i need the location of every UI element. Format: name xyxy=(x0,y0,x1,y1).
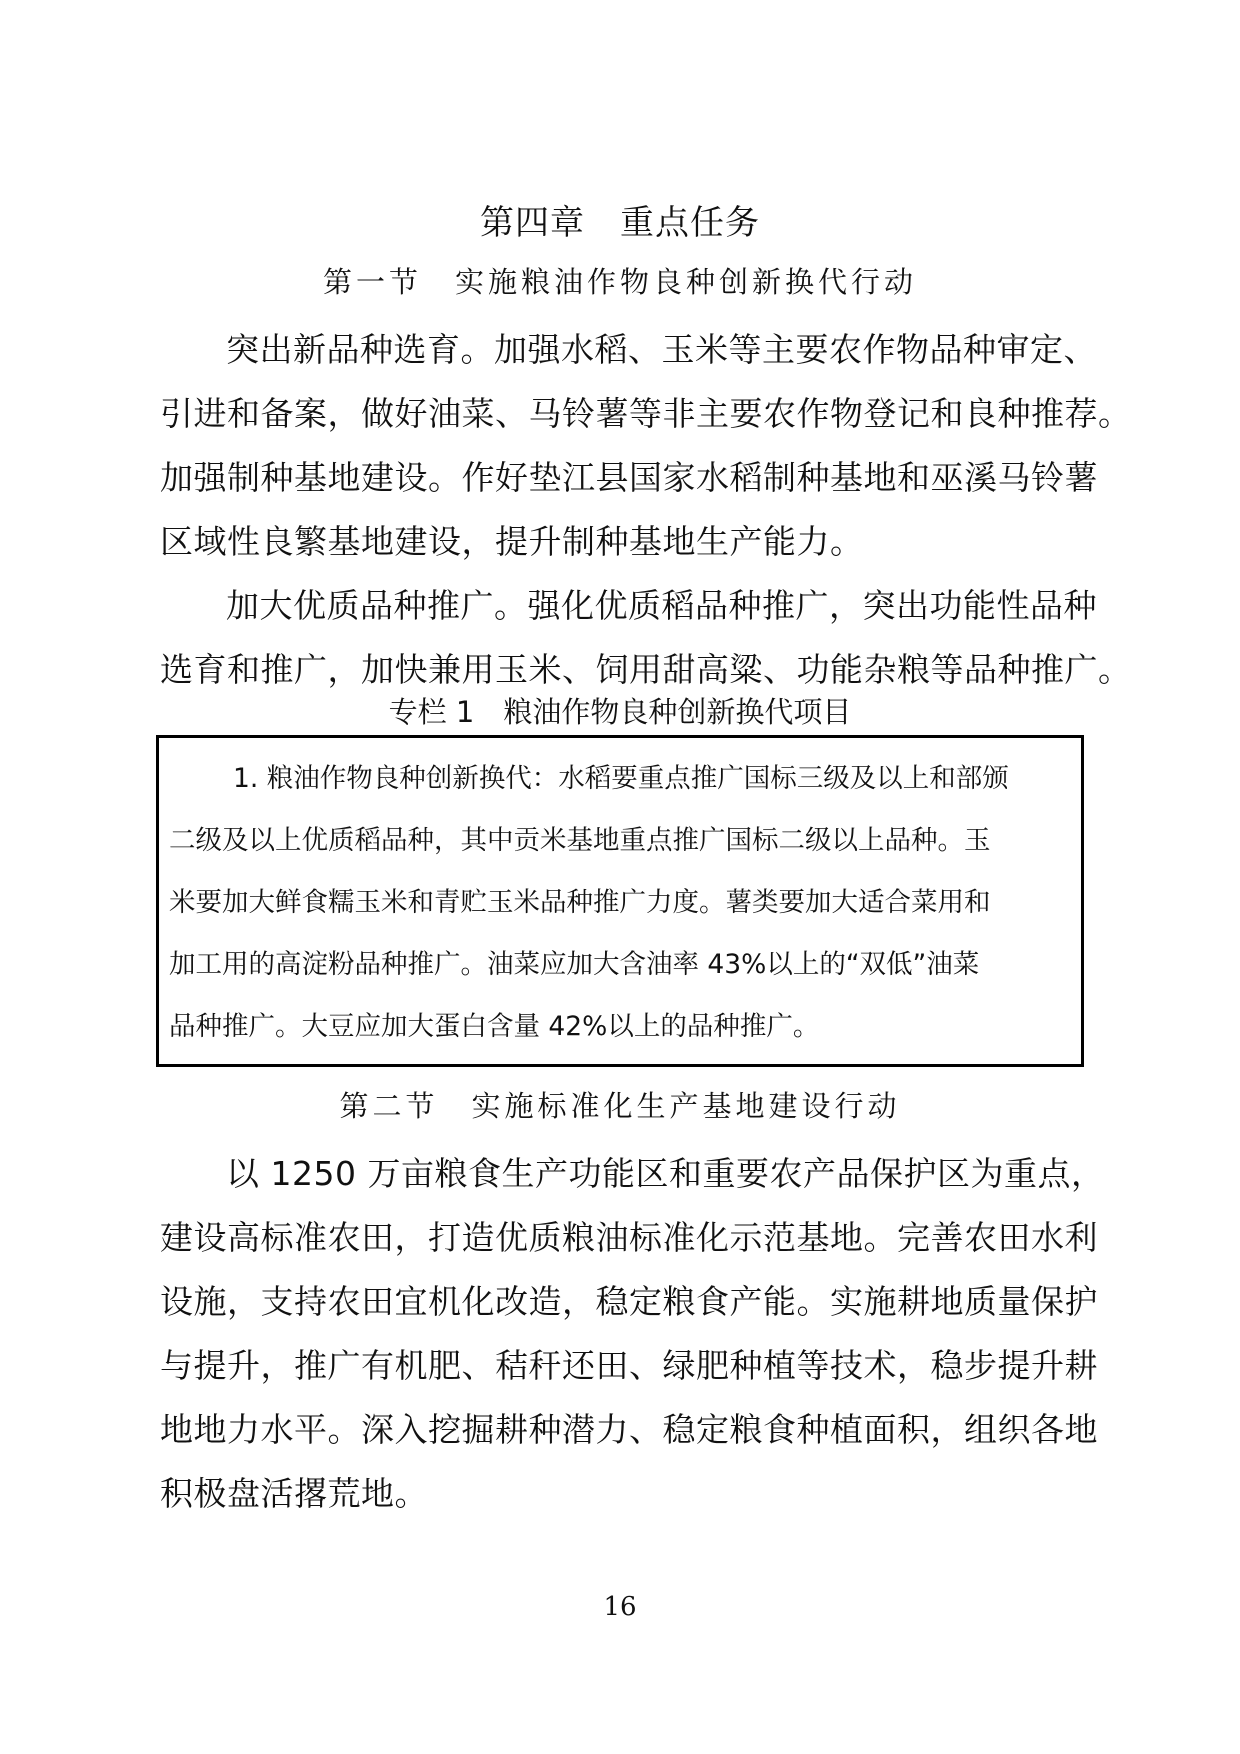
text-line: 设施，支持农田宜机化改造，稳定粮食产能。实施耕地质量保护 xyxy=(160,1270,1080,1334)
text-line: 加大优质品种推广。强化优质稻品种推广，突出功能性品种 xyxy=(160,574,1080,638)
text-line: 与提升，推广有机肥、秸秆还田、绿肥种植等技术，稳步提升耕 xyxy=(160,1334,1080,1398)
text-line: 引进和备案，做好油菜、马铃薯等非主要农作物登记和良种推荐。 xyxy=(160,382,1080,446)
text-line: 二级及以上优质稻品种，其中贡米基地重点推广国标二级以上品种。玉 xyxy=(169,810,1074,872)
text-line: 米要加大鲜食糯玉米和青贮玉米品种推广力度。薯类要加大适合菜用和 xyxy=(169,872,1074,934)
text-line: 建设高标准农田，打造优质粮油标准化示范基地。完善农田水利 xyxy=(160,1206,1080,1270)
text-line: 区域性良繁基地建设，提升制种基地生产能力。 xyxy=(160,510,1080,574)
text-line: 加工用的高淀粉品种推广。油菜应加大含油率 43%以上的“双低”油菜 xyxy=(169,934,1074,996)
document-page: 第四章 重点任务 第一节 实施粮油作物良种创新换代行动 突出新品种选育。加强水稻… xyxy=(0,0,1240,1754)
column-box: 1. 粮油作物良种创新换代：水稻要重点推广国标三级及以上和部颁 二级及以上优质稻… xyxy=(156,735,1084,1067)
section-1-paragraph-2: 加大优质品种推广。强化优质稻品种推广，突出功能性品种 选育和推广，加快兼用玉米、… xyxy=(160,574,1080,702)
text-line: 积极盘活撂荒地。 xyxy=(160,1462,1080,1526)
text-line: 1. 粮油作物良种创新换代：水稻要重点推广国标三级及以上和部颁 xyxy=(169,748,1074,810)
section-1-paragraph-1: 突出新品种选育。加强水稻、玉米等主要农作物品种审定、 引进和备案，做好油菜、马铃… xyxy=(160,318,1080,574)
column-box-title: 专栏 1 粮油作物良种创新换代项目 xyxy=(0,692,1240,732)
text-line: 加强制种基地建设。作好垫江县国家水稻制种基地和巫溪马铃薯 xyxy=(160,446,1080,510)
section-1-title: 第一节 实施粮油作物良种创新换代行动 xyxy=(0,262,1240,302)
text-line: 地地力水平。深入挖掘耕种潜力、稳定粮食种植面积，组织各地 xyxy=(160,1398,1080,1462)
text-line: 品种推广。大豆应加大蛋白含量 42%以上的品种推广。 xyxy=(169,996,1074,1058)
text-line: 以 1250 万亩粮食生产功能区和重要农产品保护区为重点， xyxy=(160,1142,1080,1206)
chapter-title: 第四章 重点任务 xyxy=(0,200,1240,246)
section-2-title: 第二节 实施标准化生产基地建设行动 xyxy=(0,1086,1240,1126)
section-2-paragraph-1: 以 1250 万亩粮食生产功能区和重要农产品保护区为重点， 建设高标准农田，打造… xyxy=(160,1142,1080,1526)
column-box-content: 1. 粮油作物良种创新换代：水稻要重点推广国标三级及以上和部颁 二级及以上优质稻… xyxy=(169,748,1074,1058)
page-number: 16 xyxy=(0,1590,1240,1624)
text-line: 突出新品种选育。加强水稻、玉米等主要农作物品种审定、 xyxy=(160,318,1080,382)
